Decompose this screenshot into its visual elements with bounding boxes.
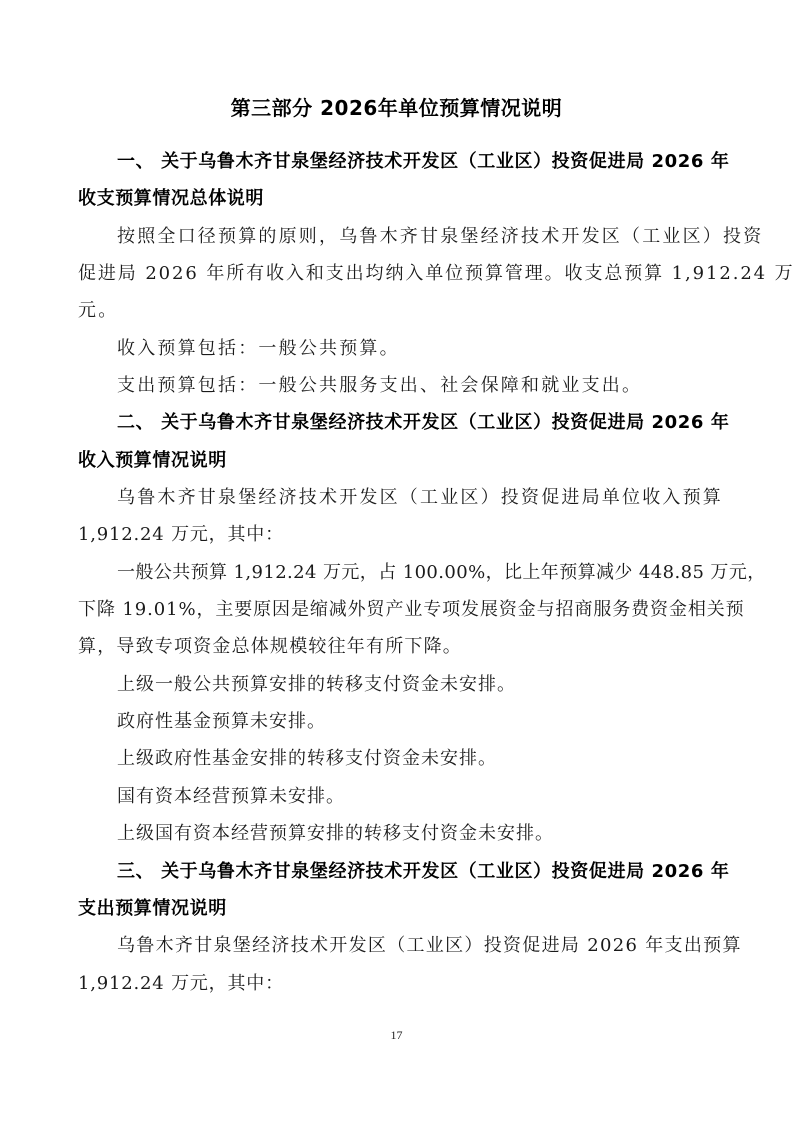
page-title: 第三部分 2026年单位预算情况说明: [0, 92, 793, 121]
paragraph-line: 乌鲁木齐甘泉堡经济技术开发区（工业区）投资促进局 2026 年支出预算: [117, 934, 742, 958]
paragraph-line: 下降 19.01%，主要原因是缩减外贸产业专项发展资金与招商服务费资金相关预: [78, 598, 745, 622]
section-2-heading-line-2: 收入预算情况说明: [78, 449, 227, 473]
document-page: 第三部分 2026年单位预算情况说明 一、 关于乌鲁木齐甘泉堡经济技术开发区（工…: [0, 0, 793, 1122]
paragraph-line: 政府性基金预算未安排。: [117, 710, 326, 734]
section-2-heading-line-1: 二、 关于乌鲁木齐甘泉堡经济技术开发区（工业区）投资促进局 2026 年: [117, 411, 730, 435]
paragraph-line: 促进局 2026 年所有收入和支出均纳入单位预算管理。收支总预算 1,912.2…: [78, 262, 793, 286]
paragraph-line: 国有资本经营预算未安排。: [117, 785, 345, 809]
paragraph-line: 元。: [78, 299, 118, 323]
paragraph-line: 按照全口径预算的原则，乌鲁木齐甘泉堡经济技术开发区（工业区）投资: [117, 225, 763, 249]
paragraph-line: 上级一般公共预算安排的转移支付资金未安排。: [117, 673, 516, 697]
section-1-heading-line-1: 一、 关于乌鲁木齐甘泉堡经济技术开发区（工业区）投资促进局 2026 年: [117, 150, 730, 174]
section-3-heading-line-2: 支出预算情况说明: [78, 897, 227, 921]
paragraph-line: 上级国有资本经营预算安排的转移支付资金未安排。: [117, 822, 554, 846]
paragraph-line: 一般公共预算 1,912.24 万元，占 100.00%，比上年预算减少 448…: [117, 561, 766, 585]
paragraph-line: 1,912.24 万元，其中：: [78, 523, 284, 547]
paragraph-line: 上级政府性基金安排的转移支付资金未安排。: [117, 747, 497, 771]
page-number: 17: [0, 1028, 793, 1043]
paragraph-line: 乌鲁木齐甘泉堡经济技术开发区（工业区）投资促进局单位收入预算: [117, 486, 723, 510]
paragraph-line: 1,912.24 万元，其中：: [78, 972, 284, 996]
paragraph-line: 支出预算包括：一般公共服务支出、社会保障和就业支出。: [117, 374, 642, 398]
section-3-heading-line-1: 三、 关于乌鲁木齐甘泉堡经济技术开发区（工业区）投资促进局 2026 年: [117, 860, 730, 884]
paragraph-line: 算，导致专项资金总体规模较往年有所下降。: [78, 635, 462, 659]
section-1-heading-line-2: 收支预算情况总体说明: [78, 187, 264, 211]
paragraph-line: 收入预算包括：一般公共预算。: [117, 337, 400, 361]
